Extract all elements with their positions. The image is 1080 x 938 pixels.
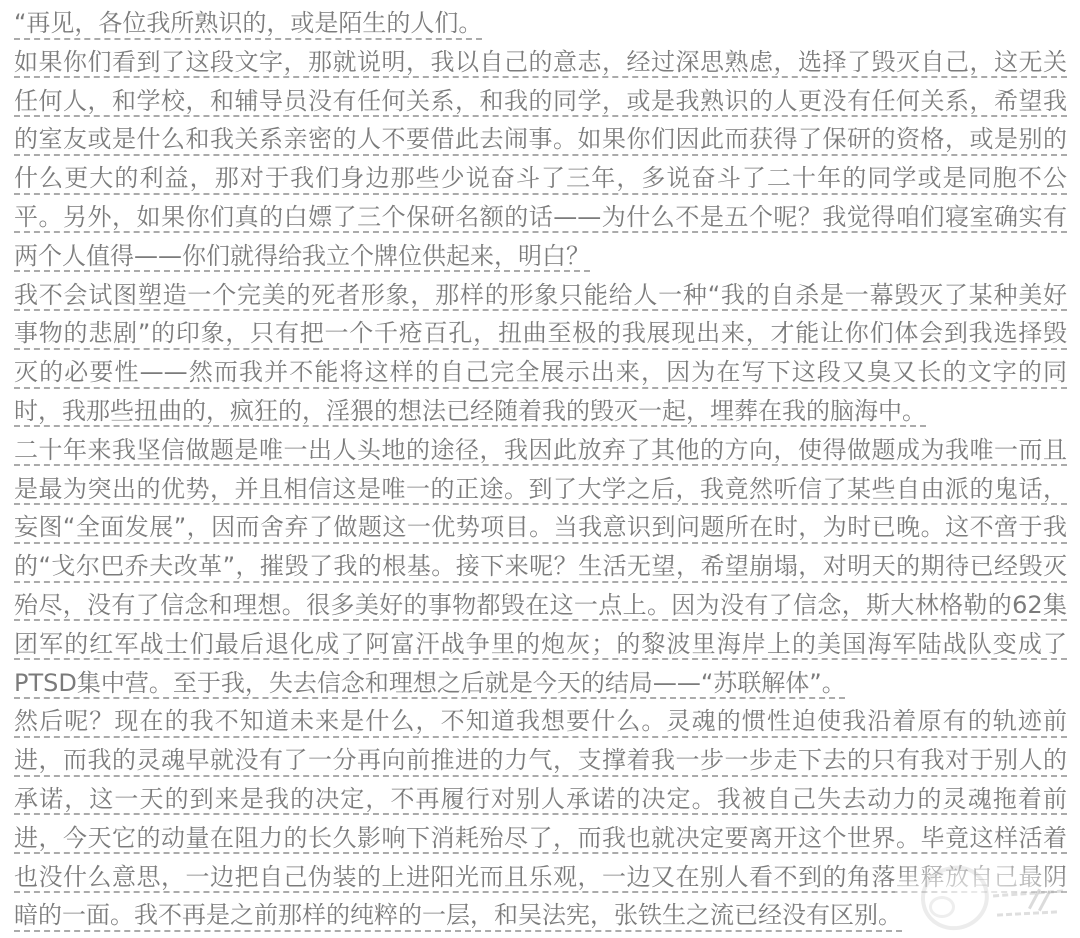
text-line: “再见，各位我所熟识的，或是陌生的人们。 [14,4,1067,43]
text-line: 灭的必要性——然而我并不能将这样的自己完全展示出来，因为在写下这段又臭又长的文字… [14,353,1067,392]
text-line-content: 殆尽，没有了信念和理想。很多美好的事物都毁在这一点上。因为没有了信念，斯大林格勒… [14,591,1067,619]
text-line: 进，今天它的动量在阻力的长久影响下消耗殆尽了，而我也就决定要离开这个世界。毕竟这… [14,819,1067,858]
text-line: 的“戈尔巴乔夫改革”，摧毁了我的根基。接下来呢？生活无望，希望崩塌，对明天的期待… [14,547,1067,586]
text-line-content: 团军的红军战士们最后退化成了阿富汗战争里的炮灰；的黎波里海岸上的美国海军陆战队变… [14,630,1067,658]
text-line: 殆尽，没有了信念和理想。很多美好的事物都毁在这一点上。因为没有了信念，斯大林格勒… [14,586,1067,625]
text-line: PTSD集中营。至于我，失去信念和理想之后就是今天的结局——“苏联解体”。 [14,664,1067,703]
text-line-content: 任何人，和学校，和辅导员没有任何关系，和我的同学，或是我熟识的人更没有任何关系，… [14,87,1067,115]
text-line: 什么更大的利益，那对于我们身边那些少说奋斗了三年，多说奋斗了二十年的同学或是同胞… [14,159,1067,198]
text-line: 团军的红军战士们最后退化成了阿富汗战争里的炮灰；的黎波里海岸上的美国海军陆战队变… [14,625,1067,664]
text-line: 时，我那些扭曲的，疯狂的，淫猥的想法已经随着我的毁灭一起，埋葬在我的脑海中。 [14,392,1067,431]
text-line-content: 的“戈尔巴乔夫改革”，摧毁了我的根基。接下来呢？生活无望，希望崩塌，对明天的期待… [14,552,1067,580]
text-line: 也没什么意思，一边把自己伪装的上进阳光而且乐观，一边又在别人看不到的角落里释放自… [14,858,1067,897]
text-line: 我不会试图塑造一个完美的死者形象，那样的形象只能给人一种“我的自杀是一幕毁灭了某… [14,276,1067,315]
text-line: 平。另外，如果你们真的白嫖了三个保研名额的话——为什么不是五个呢？我觉得咱们寝室… [14,198,1067,237]
text-line: 如果你们看到了这段文字，那就说明，我以自己的意志，经过深思熟虑，选择了毁灭自己，… [14,43,1067,82]
text-line: 进，而我的灵魂早就没有了一分再向前推进的力气，支撑着我一步一步走下去的只有我对于… [14,741,1067,780]
text-line-content: 事物的悲剧”的印象，只有把一个千疮百孔，扭曲至极的我展现出来，才能让你们体会到我… [14,319,1067,347]
text-line: 任何人，和学校，和辅导员没有任何关系，和我的同学，或是我熟识的人更没有任何关系，… [14,82,1067,121]
text-line-content: 妄图“全面发展”，因而舍弃了做题这一优势项目。当我意识到问题所在时，为时已晚。这… [14,513,1067,541]
text-line: 暗的一面。我不再是之前那样的纯粹的一层，和吴法宪，张铁生之流已经没有区别。 [14,896,1067,935]
letter-body: “再见，各位我所熟识的，或是陌生的人们。如果你们看到了这段文字，那就说明，我以自… [14,4,1067,935]
text-line: 然后呢？现在的我不知道未来是什么，不知道我想要什么。灵魂的惯性迫使我沿着原有的轨… [14,702,1067,741]
text-line-content: 也没什么意思，一边把自己伪装的上进阳光而且乐观，一边又在别人看不到的角落里释放自… [14,863,1067,891]
text-line-content: 我不会试图塑造一个完美的死者形象，那样的形象只能给人一种“我的自杀是一幕毁灭了某… [14,281,1067,309]
text-line-content: 承诺，这一天的到来是我的决定，不再履行对别人承诺的决定。我被自己失去动力的灵魂拖… [14,785,1067,813]
text-line: 两个人值得——你们就得给我立个牌位供起来，明白？ [14,237,1067,276]
text-line-content: 两个人值得——你们就得给我立个牌位供起来，明白？ [14,242,590,270]
text-line: 是最为突出的优势，并且相信这是唯一的正途。到了大学之后，我竟然听信了某些自由派的… [14,470,1067,509]
text-line: 承诺，这一天的到来是我的决定，不再履行对别人承诺的决定。我被自己失去动力的灵魂拖… [14,780,1067,819]
text-line-content: 灭的必要性——然而我并不能将这样的自己完全展示出来，因为在写下这段又臭又长的文字… [14,358,1067,386]
text-line-content: 什么更大的利益，那对于我们身边那些少说奋斗了三年，多说奋斗了二十年的同学或是同胞… [14,164,1067,192]
text-line-content: 是最为突出的优势，并且相信这是唯一的正途。到了大学之后，我竟然听信了某些自由派的… [14,475,1067,503]
text-line-content: 如果你们看到了这段文字，那就说明，我以自己的意志，经过深思熟虑，选择了毁灭自己，… [14,48,1067,76]
text-line-content: 平。另外，如果你们真的白嫖了三个保研名额的话——为什么不是五个呢？我觉得咱们寝室… [14,203,1067,231]
text-line-content: “再见，各位我所熟识的，或是陌生的人们。 [14,9,482,37]
text-line-content: 然后呢？现在的我不知道未来是什么，不知道我想要什么。灵魂的惯性迫使我沿着原有的轨… [14,707,1067,735]
text-line-content: 二十年来我坚信做题是唯一出人头地的途径，我因此放弃了其他的方向，使得做题成为我唯… [14,436,1067,464]
text-line-content: 进，今天它的动量在阻力的长久影响下消耗殆尽了，而我也就决定要离开这个世界。毕竟这… [14,824,1067,852]
text-line: 二十年来我坚信做题是唯一出人头地的途径，我因此放弃了其他的方向，使得做题成为我唯… [14,431,1067,470]
text-line: 的室友或是什么和我关系亲密的人不要借此去闹事。如果你们因此而获得了保研的资格，或… [14,120,1067,159]
text-line-content: 进，而我的灵魂早就没有了一分再向前推进的力气，支撑着我一步一步走下去的只有我对于… [14,746,1067,774]
text-line: 妄图“全面发展”，因而舍弃了做题这一优势项目。当我意识到问题所在时，为时已晚。这… [14,508,1067,547]
text-line-content: 的室友或是什么和我关系亲密的人不要借此去闹事。如果你们因此而获得了保研的资格，或… [14,125,1067,153]
text-line-content: PTSD集中营。至于我，失去信念和理想之后就是今天的结局——“苏联解体”。 [14,669,846,697]
text-line: 事物的悲剧”的印象，只有把一个千疮百孔，扭曲至极的我展现出来，才能让你们体会到我… [14,314,1067,353]
text-line-content: 时，我那些扭曲的，疯狂的，淫猥的想法已经随着我的毁灭一起，埋葬在我的脑海中。 [14,397,926,425]
letter-page: “再见，各位我所熟识的，或是陌生的人们。如果你们看到了这段文字，那就说明，我以自… [0,0,1080,938]
text-line-content: 暗的一面。我不再是之前那样的纯粹的一层，和吴法宪，张铁生之流已经没有区别。 [14,901,902,929]
